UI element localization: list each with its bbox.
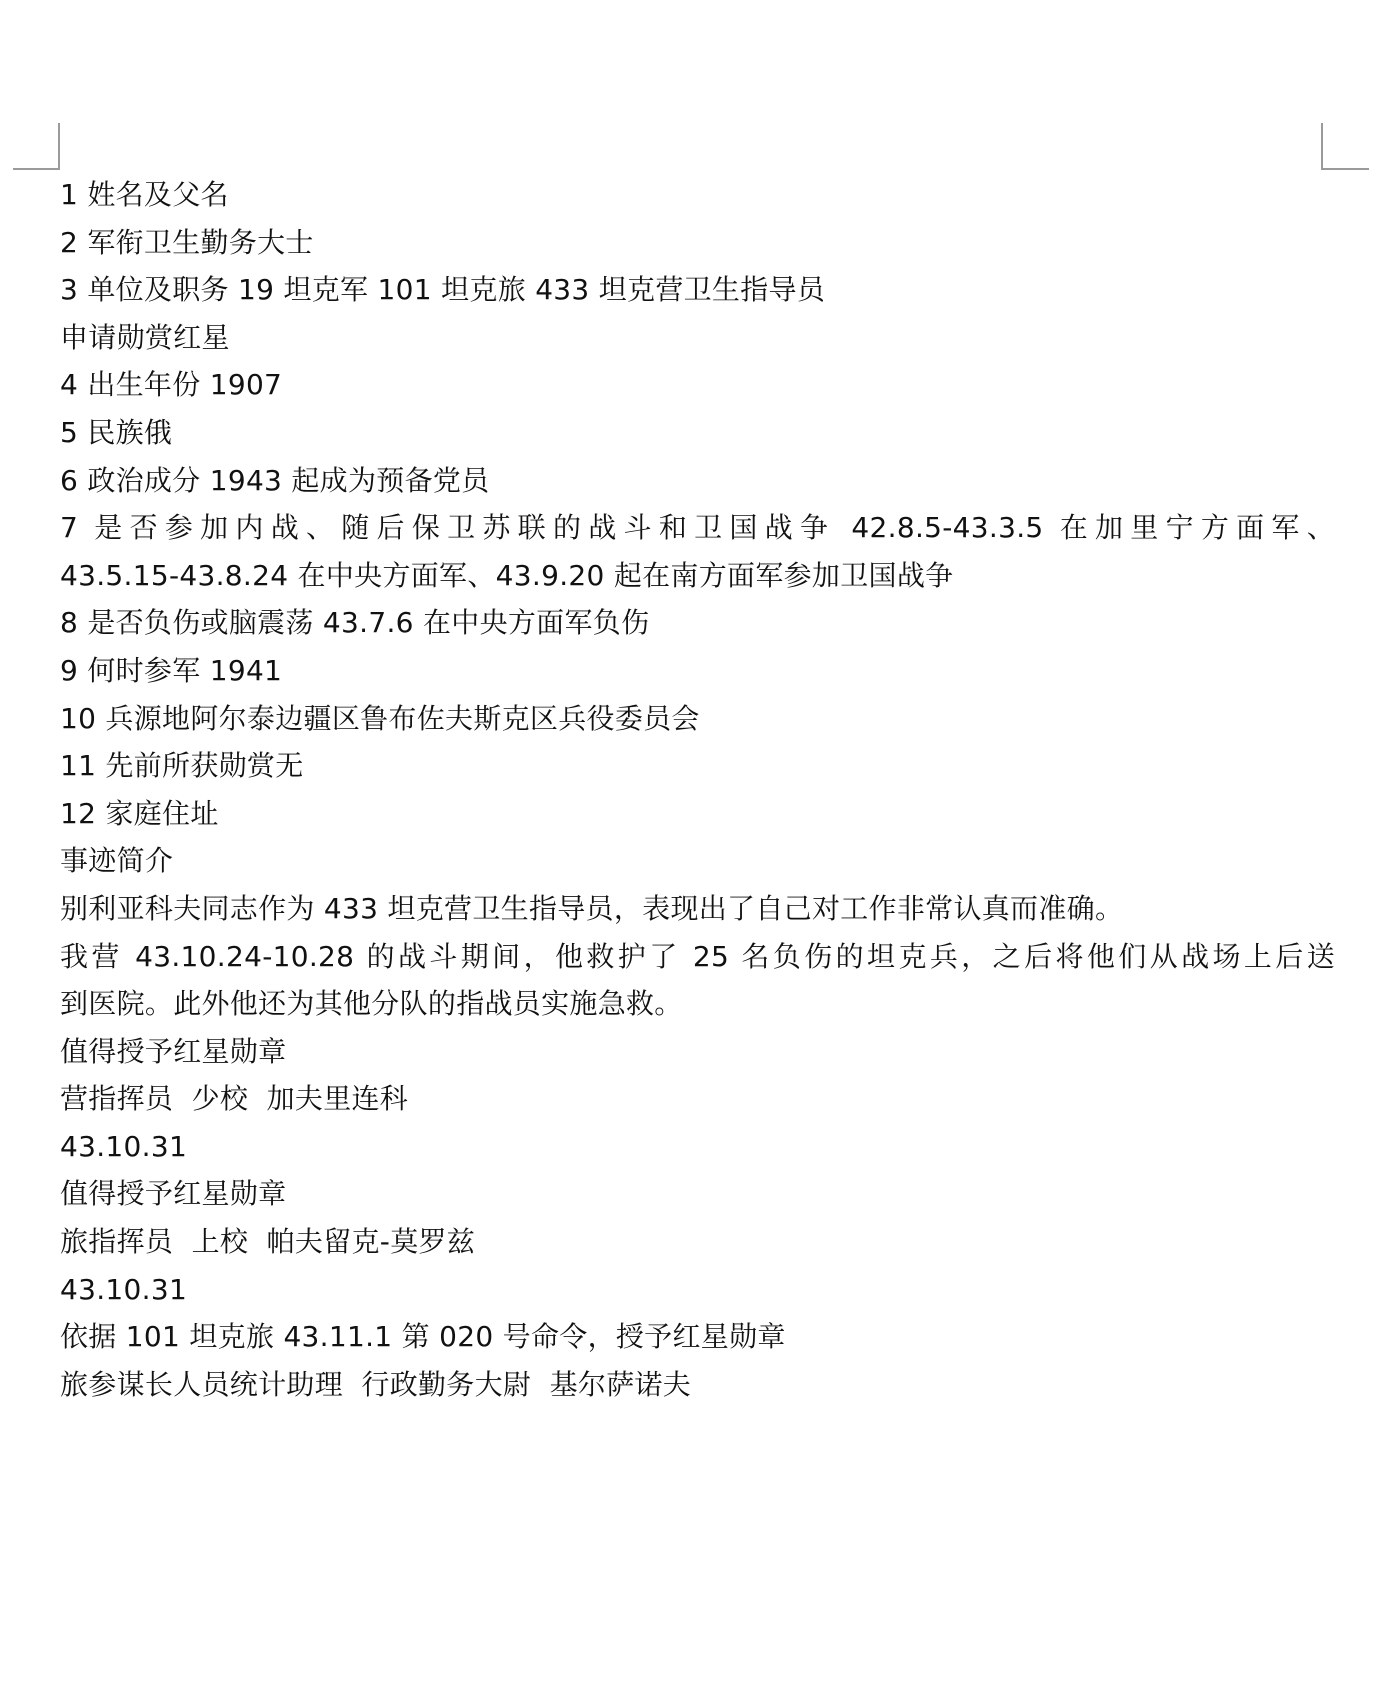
field-birth-year: 4 出生年份 1907	[60, 361, 1340, 409]
field-enlisted: 9 何时参军 1941	[60, 647, 1340, 695]
field-party: 6 政治成分 1943 起成为预备党员	[60, 457, 1340, 505]
document-page: 1 姓名及父名 2 军衔卫生勤务大士 3 单位及职务 19 坦克军 101 坦克…	[60, 171, 1340, 1408]
page-corner-mark-left	[13, 123, 60, 170]
field-unit: 3 单位及职务 19 坦克军 101 坦克旅 433 坦克营卫生指导员	[60, 266, 1340, 314]
endorsement-verdict-2: 值得授予红星勋章	[60, 1170, 1340, 1218]
field-nationality: 5 民族俄	[60, 409, 1340, 457]
award-order: 依据 101 坦克旅 43.11.1 第 020 号命令，授予红星勋章	[60, 1313, 1340, 1361]
endorsement-signer-1: 营指挥员 少校 加夫里连科	[60, 1075, 1340, 1123]
field-name: 1 姓名及父名	[60, 171, 1340, 219]
final-signer: 旅参谋长人员统计助理 行政勤务大尉 基尔萨诺夫	[60, 1361, 1340, 1409]
field-home-address: 12 家庭住址	[60, 790, 1340, 838]
endorsement-date-2: 43.10.31	[60, 1266, 1340, 1314]
endorsement-signer-2: 旅指挥员 上校 帕夫留克-莫罗兹	[60, 1218, 1340, 1266]
summary-paragraph-1: 别利亚科夫同志作为 433 坦克营卫生指导员，表现出了自己对工作非常认真而准确。	[60, 885, 1340, 933]
field-prior-awards: 11 先前所获勋赏无	[60, 742, 1340, 790]
summary-paragraph-2-cont: 到医院。此外他还为其他分队的指战员实施急救。	[60, 980, 1340, 1028]
summary-paragraph-2: 我营 43.10.24-10.28 的战斗期间，他救护了 25 名负伤的坦克兵，…	[60, 933, 1335, 981]
endorsement-date-1: 43.10.31	[60, 1123, 1340, 1171]
summary-heading: 事迹简介	[60, 837, 1340, 885]
page-corner-mark-right	[1321, 123, 1369, 170]
field-rank: 2 军衔卫生勤务大士	[60, 219, 1340, 267]
field-draft-office: 10 兵源地阿尔泰边疆区鲁布佐夫斯克区兵役委员会	[60, 695, 1340, 743]
field-war-service: 7 是否参加内战、随后保卫苏联的战斗和卫国战争 42.8.5-43.3.5 在加…	[60, 504, 1335, 552]
award-request: 申请勋赏红星	[60, 314, 1340, 362]
field-war-service-cont: 43.5.15-43.8.24 在中央方面军、43.9.20 起在南方面军参加卫…	[60, 552, 1340, 600]
endorsement-verdict-1: 值得授予红星勋章	[60, 1028, 1340, 1076]
field-wounds: 8 是否负伤或脑震荡 43.7.6 在中央方面军负伤	[60, 599, 1340, 647]
